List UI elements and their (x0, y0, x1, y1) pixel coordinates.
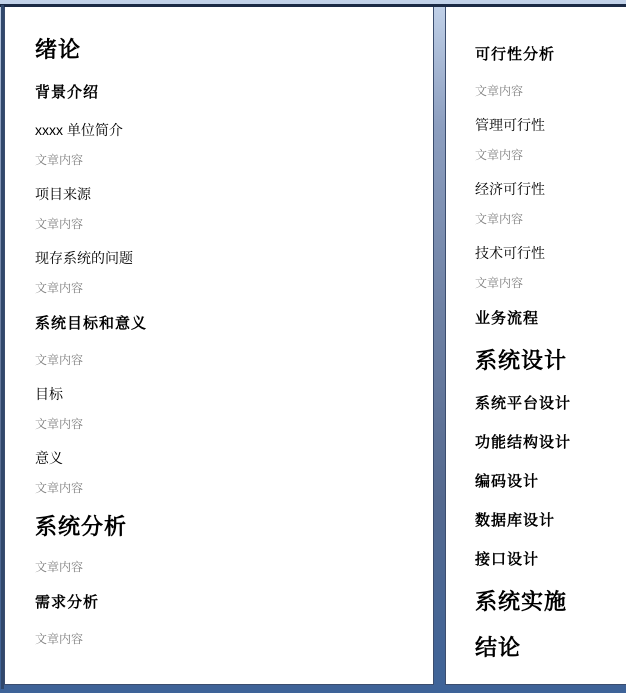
section-heading: 需求分析 (35, 593, 409, 612)
subsection-heading: 管理可行性 (475, 117, 616, 134)
body-placeholder: 文章内容 (475, 276, 616, 291)
body-placeholder: 文章内容 (35, 481, 409, 496)
subsection-heading: 经济可行性 (475, 181, 616, 198)
subsection-heading: 现存系统的问题 (35, 250, 409, 267)
section-heading: 数据库设计 (475, 511, 616, 530)
body-placeholder: 文章内容 (35, 417, 409, 432)
body-placeholder: 文章内容 (475, 84, 616, 99)
section-heading: 背景介绍 (35, 83, 409, 102)
body-placeholder: 文章内容 (35, 632, 409, 647)
section-heading: 业务流程 (475, 309, 616, 328)
chapter-heading: 系统分析 (35, 514, 409, 540)
section-heading: 接口设计 (475, 550, 616, 569)
subsection-heading: 项目来源 (35, 186, 409, 203)
chapter-heading: 绪论 (35, 37, 409, 63)
section-heading: 编码设计 (475, 472, 616, 491)
section-heading: 可行性分析 (475, 45, 616, 64)
subsection-heading: xxxx 单位简介 (35, 122, 409, 139)
body-placeholder: 文章内容 (35, 353, 409, 368)
section-heading: 功能结构设计 (475, 433, 616, 452)
body-placeholder: 文章内容 (35, 217, 409, 232)
document-page-right[interactable]: 可行性分析 文章内容 管理可行性 文章内容 经济可行性 文章内容 技术可行性 文… (445, 7, 626, 685)
chapter-heading: 结论 (475, 635, 616, 661)
body-placeholder: 文章内容 (35, 281, 409, 296)
subsection-heading: 技术可行性 (475, 245, 616, 262)
chapter-heading: 系统实施 (475, 589, 616, 615)
body-placeholder: 文章内容 (475, 148, 616, 163)
section-heading: 系统目标和意义 (35, 314, 409, 333)
body-placeholder: 文章内容 (35, 153, 409, 168)
subsection-heading: 目标 (35, 386, 409, 403)
document-page-left[interactable]: 绪论 背景介绍 xxxx 单位简介 文章内容 项目来源 文章内容 现存系统的问题… (4, 7, 434, 685)
section-heading: 系统平台设计 (475, 394, 616, 413)
body-placeholder: 文章内容 (35, 560, 409, 575)
subsection-heading: 意义 (35, 450, 409, 467)
chapter-heading: 系统设计 (475, 348, 616, 374)
body-placeholder: 文章内容 (475, 212, 616, 227)
